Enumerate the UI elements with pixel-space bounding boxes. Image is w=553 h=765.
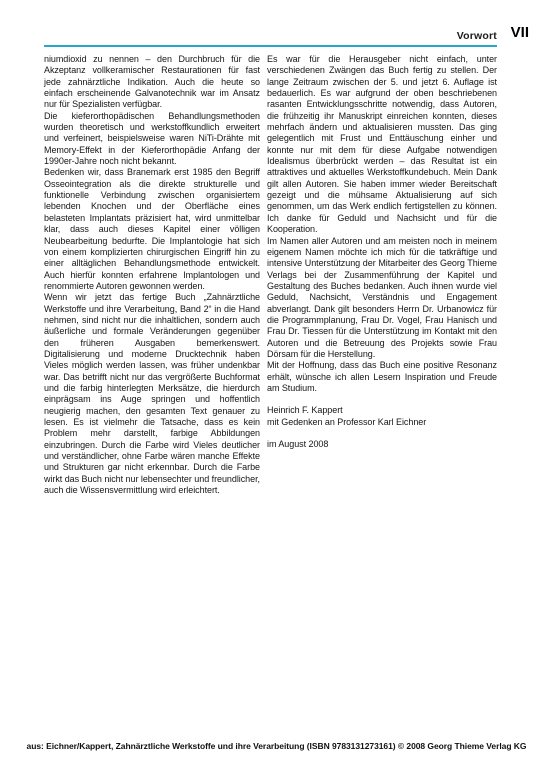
section-title: Vorwort	[457, 30, 497, 42]
signature-block: Heinrich F. Kappert mit Gedenken an Prof…	[267, 405, 497, 450]
page-number: VII	[511, 24, 529, 41]
signature-author: Heinrich F. Kappert	[267, 405, 497, 416]
book-page: Vorwort VII niumdioxid zu nennen – den D…	[0, 0, 553, 765]
paragraph: Wenn wir jetzt das fertige Buch „Zahnärz…	[44, 292, 260, 496]
paragraph: Die kieferorthopädischen Behandlungsmeth…	[44, 111, 260, 168]
footer-citation: aus: Eichner/Kappert, Zahnärztliche Werk…	[0, 741, 553, 751]
paragraph: Mit der Hoffnung, dass das Buch eine pos…	[267, 360, 497, 394]
paragraph: Bedenken wir, dass Branemark erst 1985 d…	[44, 167, 260, 292]
signature-dedication: mit Gedenken an Professor Karl Eichner	[267, 417, 497, 428]
text-columns: niumdioxid zu nennen – den Durchbruch fü…	[44, 54, 497, 496]
paragraph: niumdioxid zu nennen – den Durchbruch fü…	[44, 54, 260, 111]
left-column: niumdioxid zu nennen – den Durchbruch fü…	[44, 54, 260, 496]
header-rule	[44, 45, 497, 47]
paragraph: Es war für die Herausgeber nicht einfach…	[267, 54, 497, 236]
signature-date: im August 2008	[267, 439, 497, 450]
paragraph: Im Namen aller Autoren und am meisten no…	[267, 236, 497, 361]
right-column: Es war für die Herausgeber nicht einfach…	[267, 54, 497, 496]
